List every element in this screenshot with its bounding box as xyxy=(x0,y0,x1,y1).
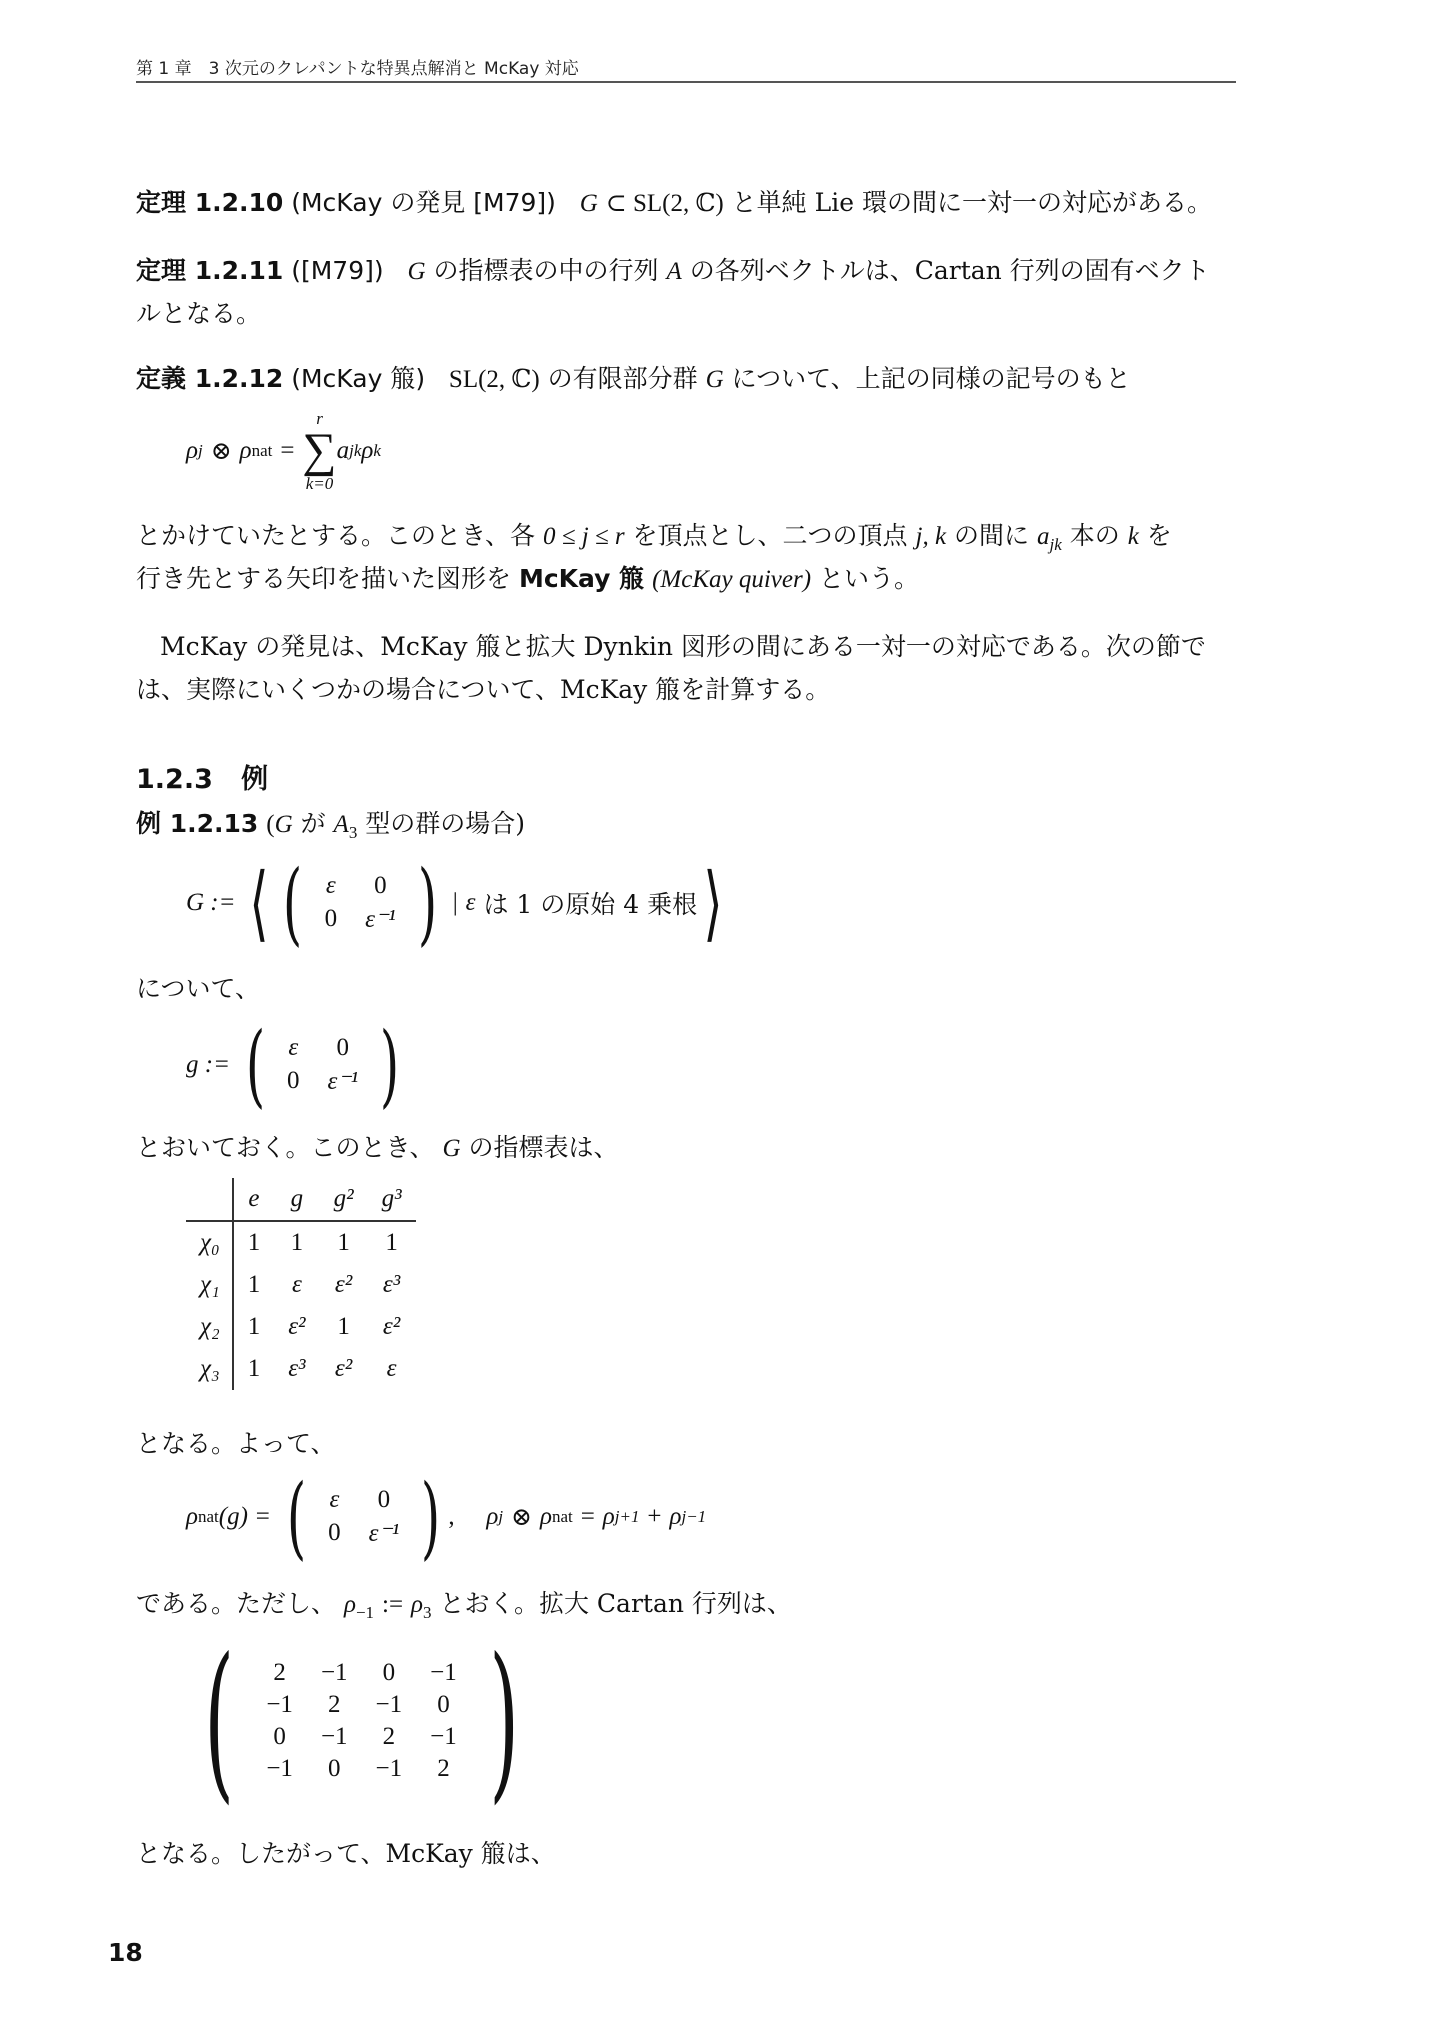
g-matrix: ( ε0 0ε⁻¹ ) xyxy=(238,1013,407,1118)
math-eq: = xyxy=(280,437,294,465)
table-cell: ε² xyxy=(320,1264,368,1306)
table-cell: 1 xyxy=(233,1348,275,1390)
math-rho: ρ xyxy=(344,1591,356,1618)
text: 型の群の場合) xyxy=(365,809,525,838)
text: が xyxy=(301,809,326,838)
table-cell: ε xyxy=(368,1348,416,1390)
matrix-cell: 0 xyxy=(351,870,410,902)
row-header: χ₁ xyxy=(186,1264,233,1306)
text: 本の xyxy=(1070,521,1120,550)
matrix-cell: −1 xyxy=(416,1657,471,1689)
G-definition: G := ⟨ ( ε0 0ε⁻¹ ) | ε は 1 の原始 4 乗根 ⟩ xyxy=(186,858,729,948)
page-number: 18 xyxy=(108,1938,143,1967)
sigma-symbol: ∑ xyxy=(302,427,336,475)
math-G: G xyxy=(407,258,425,285)
cartan-matrix-body: ( 2 −1 0 −1 −1 2 −1 0 0 −1 2 −1 −1 xyxy=(186,1622,537,1820)
conclusion-text: となる。したがって、McKay 箙は、 xyxy=(136,1832,556,1875)
matrix-cell: 0 xyxy=(311,902,352,936)
math-rho: ρ xyxy=(186,437,198,465)
math-rho: ρ xyxy=(603,1503,615,1531)
table-row: χ₀ 1 1 1 1 xyxy=(186,1221,416,1264)
matrix-cell: 0 xyxy=(314,1032,373,1064)
matrix-cell: 2 xyxy=(362,1721,417,1753)
math-otimes: ⊗ xyxy=(511,1502,532,1532)
theorem-note: (McKay の発見 [M79]) xyxy=(291,188,556,217)
column-header: g² xyxy=(320,1178,368,1221)
math-jk: j, k xyxy=(916,523,947,550)
term-english: (McKay quiver) xyxy=(652,566,811,593)
rho-nat-formula: ρnat(g) = ( ε0 0ε⁻¹ ) , ρj ⊗ ρnat = ρj+1… xyxy=(186,1472,706,1562)
column-header: e xyxy=(233,1178,275,1221)
math-rho: ρ xyxy=(669,1503,681,1531)
theorem-1-2-10: 定理 1.2.10 (McKay の発見 [M79]) G ⊂ SL(2, ℂ)… xyxy=(136,181,1212,225)
text: の指標表は、 xyxy=(468,1133,618,1162)
definition-label: 定義 1.2.12 xyxy=(136,364,283,393)
text: とおいておく。このとき、 xyxy=(136,1133,435,1162)
table-row: χ₁ 1 ε ε² ε³ xyxy=(186,1264,416,1306)
rho-nat-matrix: ( ε0 0ε⁻¹ ) xyxy=(279,1465,448,1570)
definition-text-a: の有限部分群 xyxy=(548,364,698,393)
definition-line-2: 行き先とする矢印を描いた図形を McKay 箙 (McKay quiver) と… xyxy=(136,557,919,601)
math-rho: ρ xyxy=(486,1503,498,1531)
math-comma: , xyxy=(448,1503,454,1531)
matrix-cell: 0 xyxy=(416,1689,471,1721)
paragraph-line-2: は、実際にいくつかの場合について、McKay 箙を計算する。 xyxy=(136,668,830,711)
math-rho: ρ xyxy=(411,1591,423,1618)
table-cell: ε² xyxy=(274,1306,319,1348)
matrix-cell: ε⁻¹ xyxy=(351,902,410,936)
definition-line-1: とかけていたとする。このとき、各 0 ≤ j ≤ r を頂点とし、二つの頂点 j… xyxy=(136,514,1172,558)
character-table: e g g² g³ χ₀ 1 1 1 1 χ₁ 1 ε ε² ε³ χ₂ 1 ε… xyxy=(186,1178,416,1390)
left-angle-bracket: ⟨ xyxy=(250,856,269,951)
matrix-cell: ε xyxy=(273,1032,314,1064)
table-cell: ε³ xyxy=(274,1348,319,1390)
row-header: χ₀ xyxy=(186,1221,233,1264)
math-A: A xyxy=(334,811,349,838)
math-G: G xyxy=(442,1135,460,1162)
paragraph-line-1: McKay の発見は、McKay 箙と拡大 Dynkin 図形の間にある一対一の… xyxy=(160,625,1206,668)
table-cell: ε³ xyxy=(368,1264,416,1306)
matrix-cell: −1 xyxy=(252,1689,307,1721)
matrix-cell: ε xyxy=(314,1484,355,1516)
table-row: χ₃ 1 ε³ ε² ε xyxy=(186,1348,416,1390)
row-header: χ₃ xyxy=(186,1348,233,1390)
math-a: a xyxy=(337,437,350,465)
theorem-text: と単純 Lie 環の間に一対一の対応がある。 xyxy=(732,188,1212,217)
text: とおく。拡大 Cartan 行列は、 xyxy=(439,1589,791,1618)
thus-text: となる。よって、 xyxy=(136,1422,336,1465)
text: を xyxy=(1147,521,1172,550)
matrix-cell: −1 xyxy=(362,1689,417,1721)
math-otimes: ⊗ xyxy=(211,436,232,466)
theorem-1-2-11-line2: ルとなる。 xyxy=(136,292,261,335)
table-cell: 1 xyxy=(233,1306,275,1348)
math-k: k xyxy=(1128,523,1139,550)
math-rho: ρ xyxy=(186,1503,198,1531)
math-rho: ρ xyxy=(540,1503,552,1531)
summation: r ∑ k=0 xyxy=(302,410,336,492)
row-header: χ₂ xyxy=(186,1306,233,1348)
table-cell: ε² xyxy=(320,1348,368,1390)
theorem-label: 定理 1.2.11 xyxy=(136,256,283,285)
math-G: G xyxy=(706,366,724,393)
math-subset-sl2c: ⊂ SL(2, ℂ) xyxy=(606,190,724,217)
theorem-label: 定理 1.2.10 xyxy=(136,188,283,217)
math-rho-nat: ρ xyxy=(240,437,252,465)
section-title: 例 xyxy=(241,764,268,795)
matrix-cell: 0 xyxy=(362,1657,417,1689)
theorem-note: ([M79]) xyxy=(291,256,383,285)
theorem-text-b: の各列ベクトルは、Cartan 行列の固有ベクト xyxy=(690,256,1210,285)
math-G: G xyxy=(580,190,598,217)
table-cell: ε² xyxy=(368,1306,416,1348)
matrix-cell: 0 xyxy=(307,1753,362,1785)
math-epsilon: ε xyxy=(466,889,476,917)
paren: ( xyxy=(266,811,274,838)
math-sub-3: 3 xyxy=(349,823,358,842)
text: の間に xyxy=(954,521,1029,550)
math-sub-jk: jk xyxy=(1049,535,1061,554)
text: という。 xyxy=(819,564,919,593)
generator-matrix: ( ε0 0ε⁻¹ ) xyxy=(275,851,444,956)
condition-text: は 1 の原始 4 乗根 xyxy=(483,885,697,921)
table-cell: 1 xyxy=(320,1306,368,1348)
character-table-intro: とおいておく。このとき、 G の指標表は、 xyxy=(136,1126,619,1170)
term-mckay-quiver: McKay 箙 xyxy=(519,564,644,593)
matrix-cell: 0 xyxy=(252,1721,307,1753)
g-definition: g := ( ε0 0ε⁻¹ ) xyxy=(186,1020,407,1110)
definition-text-b: について、上記の同様の記号のもと xyxy=(732,364,1131,393)
right-angle-bracket: ⟩ xyxy=(703,856,722,951)
math-G-assign: G := xyxy=(186,889,236,917)
math-range: 0 ≤ j ≤ r xyxy=(543,523,625,550)
sum-lower-limit: k=0 xyxy=(306,475,334,492)
section-number: 1.2.3 xyxy=(136,764,213,795)
theorem-1-2-11: 定理 1.2.11 ([M79]) G の指標表の中の行列 A の各列ベクトルは… xyxy=(136,249,1210,293)
matrix-cell: ε xyxy=(311,870,352,902)
matrix-cell: ε⁻¹ xyxy=(314,1064,373,1098)
math-G: G xyxy=(275,811,293,838)
table-cell: 1 xyxy=(320,1221,368,1264)
column-header: g xyxy=(274,1178,319,1221)
table-row: χ₂ 1 ε² 1 ε² xyxy=(186,1306,416,1348)
matrix-cell: 0 xyxy=(314,1516,355,1550)
matrix-cell: ε⁻¹ xyxy=(355,1516,414,1550)
matrix-cell: −1 xyxy=(416,1721,471,1753)
math-A: A xyxy=(666,258,681,285)
note-text: である。ただし、 ρ−1 := ρ3 とおく。拡大 Cartan 行列は、 xyxy=(136,1582,792,1626)
table-cell: 1 xyxy=(233,1264,275,1306)
math-sub-3: 3 xyxy=(423,1603,432,1622)
table-cell: ε xyxy=(274,1264,319,1306)
math-sub-minus-1: −1 xyxy=(356,1603,374,1622)
math-bar: | xyxy=(453,889,458,917)
table-cell: 1 xyxy=(368,1221,416,1264)
running-head: 第 1 章 3 次元のクレパントな特異点解消と McKay 対応 xyxy=(136,54,579,79)
section-heading: 1.2.3 例 xyxy=(136,757,268,796)
math-plus: + xyxy=(647,1503,661,1531)
text: を頂点とし、二つの頂点 xyxy=(633,521,908,550)
matrix-cell: 0 xyxy=(273,1064,314,1098)
column-header: g³ xyxy=(368,1178,416,1221)
matrix-cell: −1 xyxy=(307,1657,362,1689)
text: 行き先とする矢印を描いた図形を xyxy=(136,564,511,593)
math-g-assign: g := xyxy=(186,1051,230,1079)
header-rule xyxy=(136,81,1236,83)
cartan-matrix: ( 2 −1 0 −1 −1 2 −1 0 0 −1 2 −1 −1 xyxy=(186,1636,537,1806)
matrix-cell: 2 xyxy=(416,1753,471,1785)
table-cell: 1 xyxy=(274,1221,319,1264)
matrix-cell: 0 xyxy=(355,1484,414,1516)
example-label: 例 1.2.13 xyxy=(136,809,258,838)
table-corner xyxy=(186,1178,233,1221)
definition-note: (McKay 箙) xyxy=(291,364,425,393)
example-1-2-13: 例 1.2.13 (G が A3 型の群の場合) xyxy=(136,802,525,846)
math-assign: := xyxy=(382,1591,403,1618)
math-sl2c: SL(2, ℂ) xyxy=(449,366,540,393)
table-cell: 1 xyxy=(233,1221,275,1264)
text: とかけていたとする。このとき、各 xyxy=(136,521,535,550)
matrix-cell: 2 xyxy=(307,1689,362,1721)
math-arg: (g) = xyxy=(219,1503,271,1531)
text: である。ただし、 xyxy=(136,1589,336,1618)
matrix-cell: −1 xyxy=(362,1753,417,1785)
tensor-sum-formula: ρj ⊗ ρnat = r ∑ k=0 ajkρk xyxy=(186,410,381,492)
math-eq: = xyxy=(581,1503,595,1531)
math-rho: ρ xyxy=(361,437,373,465)
theorem-text-a: の指標表の中の行列 xyxy=(434,256,659,285)
matrix-cell: −1 xyxy=(252,1753,307,1785)
definition-1-2-12: 定義 1.2.12 (McKay 箙) SL(2, ℂ) の有限部分群 G につ… xyxy=(136,357,1131,401)
math-a: a xyxy=(1037,523,1050,550)
about-text: について、 xyxy=(136,967,260,1010)
matrix-cell: 2 xyxy=(252,1657,307,1689)
matrix-cell: −1 xyxy=(307,1721,362,1753)
